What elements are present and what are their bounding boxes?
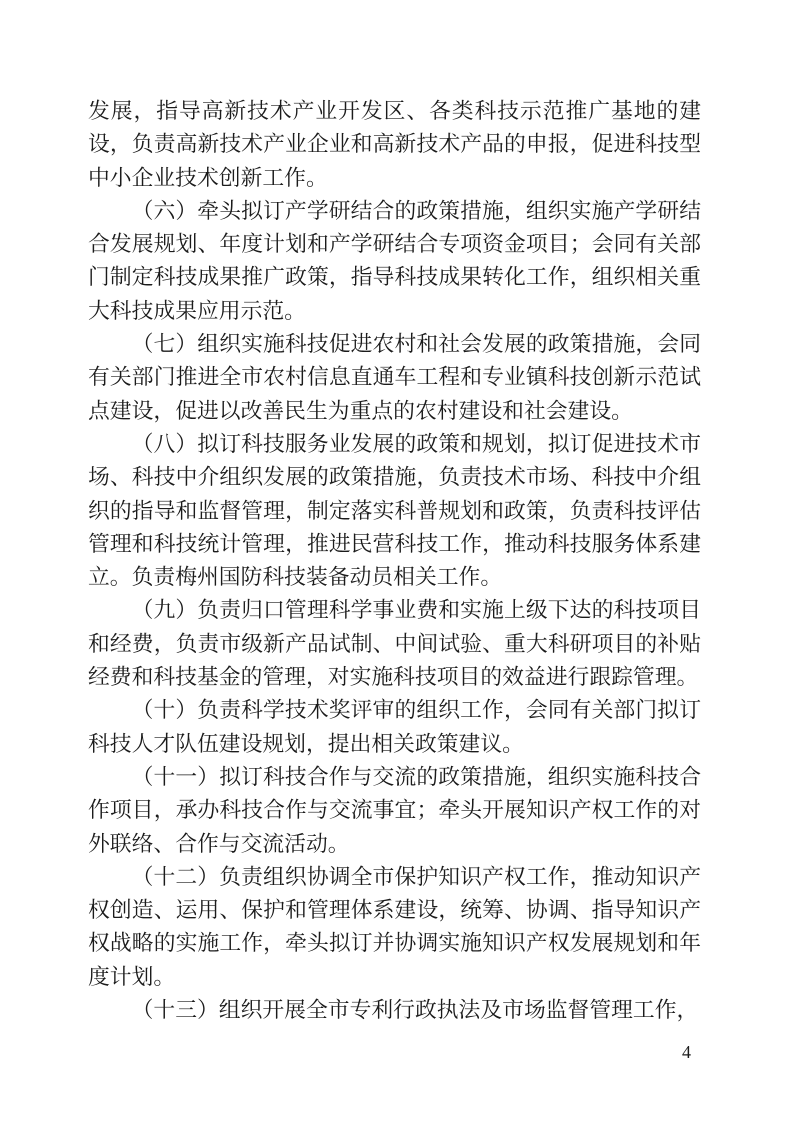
paragraph-continuation: 发展，指导高新技术产业开发区、各类科技示范推广基地的建设，负责高新技术产业企业和… — [88, 95, 701, 195]
paragraph-item-10: （十）负责科学技术奖评审的组织工作，会同有关部门拟订科技人才队伍建设规划，提出相… — [88, 694, 701, 761]
page-number: 4 — [682, 1041, 691, 1063]
document-page: 发展，指导高新技术产业开发区、各类科技示范推广基地的建设，负责高新技术产业企业和… — [0, 0, 793, 1122]
paragraph-item-13: （十三）组织开展全市专利行政执法及市场监督管理工作， — [88, 994, 701, 1027]
paragraph-item-6: （六）牵头拟订产学研结合的政策措施，组织实施产学研结合发展规划、年度计划和产学研… — [88, 195, 701, 328]
document-body: 发展，指导高新技术产业开发区、各类科技示范推广基地的建设，负责高新技术产业企业和… — [88, 95, 701, 1027]
paragraph-item-9: （九）负责归口管理科学事业费和实施上级下达的科技项目和经费，负责市级新产品试制、… — [88, 594, 701, 694]
paragraph-item-7: （七）组织实施科技促进农村和社会发展的政策措施，会同有关部门推进全市农村信息直通… — [88, 328, 701, 428]
paragraph-item-11: （十一）拟订科技合作与交流的政策措施，组织实施科技合作项目，承办科技合作与交流事… — [88, 761, 701, 861]
paragraph-item-8: （八）拟订科技服务业发展的政策和规划，拟订促进技术市场、科技中介组织发展的政策措… — [88, 428, 701, 594]
paragraph-item-12: （十二）负责组织协调全市保护知识产权工作，推动知识产权创造、运用、保护和管理体系… — [88, 861, 701, 994]
